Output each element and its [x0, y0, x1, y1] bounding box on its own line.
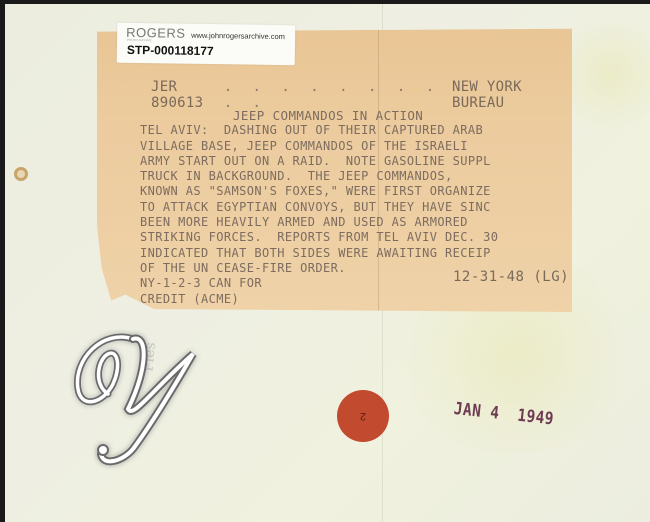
caption-line: ARMY START OUT ON A RAID. NOTE GASOLINE …	[140, 154, 491, 168]
caption-line: TRUCK IN BACKGROUND. THE JEEP COMMANDOS,	[140, 169, 453, 183]
caption-line: BEEN MORE HEAVILY ARMED AND USED AS ARMO…	[140, 215, 468, 229]
caption-line: INDICATED THAT BOTH SIDES WERE AWAITING …	[140, 246, 491, 260]
leader-dots: . . . . . . . . . .	[224, 79, 452, 111]
archive-id: STP-000118177	[127, 43, 214, 58]
paper-stain	[565, 4, 650, 144]
punch-hole	[14, 167, 28, 181]
photo-back: JER 890613 . . . . . . . . . . NEW YORK …	[5, 4, 650, 522]
archive-brand-sub: PHOTO ARCHIVE	[127, 38, 152, 42]
date-code: 12-31-48 (LG)	[453, 269, 569, 285]
sticker-number: 2	[360, 410, 366, 422]
number-sticker: 2	[337, 390, 389, 442]
headline: JEEP COMMANDOS IN ACTION	[140, 108, 570, 123]
caption-line: VILLAGE BASE, JEEP COMMANDOS OF THE ISRA…	[140, 139, 468, 153]
bureau: NEW YORK BUREAU	[452, 79, 561, 111]
reference-number: JER 890613	[151, 79, 224, 111]
watermark-monogram-icon	[63, 309, 213, 474]
caption-line: TO ATTACK EGYPTIAN CONVOYS, BUT THEY HAV…	[140, 200, 491, 214]
archive-url: www.johnrogersarchive.com	[191, 31, 285, 41]
caption-line: CREDIT (ACME)	[140, 292, 239, 306]
caption-line: STRIKING FORCES. REPORTS FROM TEL AVIV D…	[140, 230, 498, 244]
caption-line: NY-1-2-3 CAN FOR	[140, 276, 262, 290]
dateline: JER 890613 . . . . . . . . . . NEW YORK …	[151, 79, 561, 111]
caption-line: OF THE UN CEASE-FIRE ORDER.	[140, 261, 346, 275]
archive-label: ROGERS PHOTO ARCHIVE www.johnrogersarchi…	[117, 23, 296, 65]
caption-line: KNOWN AS "SAMSON'S FOXES," WERE FIRST OR…	[140, 184, 491, 198]
caption-line: TEL AVIV: DASHING OUT OF THEIR CAPTURED …	[140, 123, 483, 137]
